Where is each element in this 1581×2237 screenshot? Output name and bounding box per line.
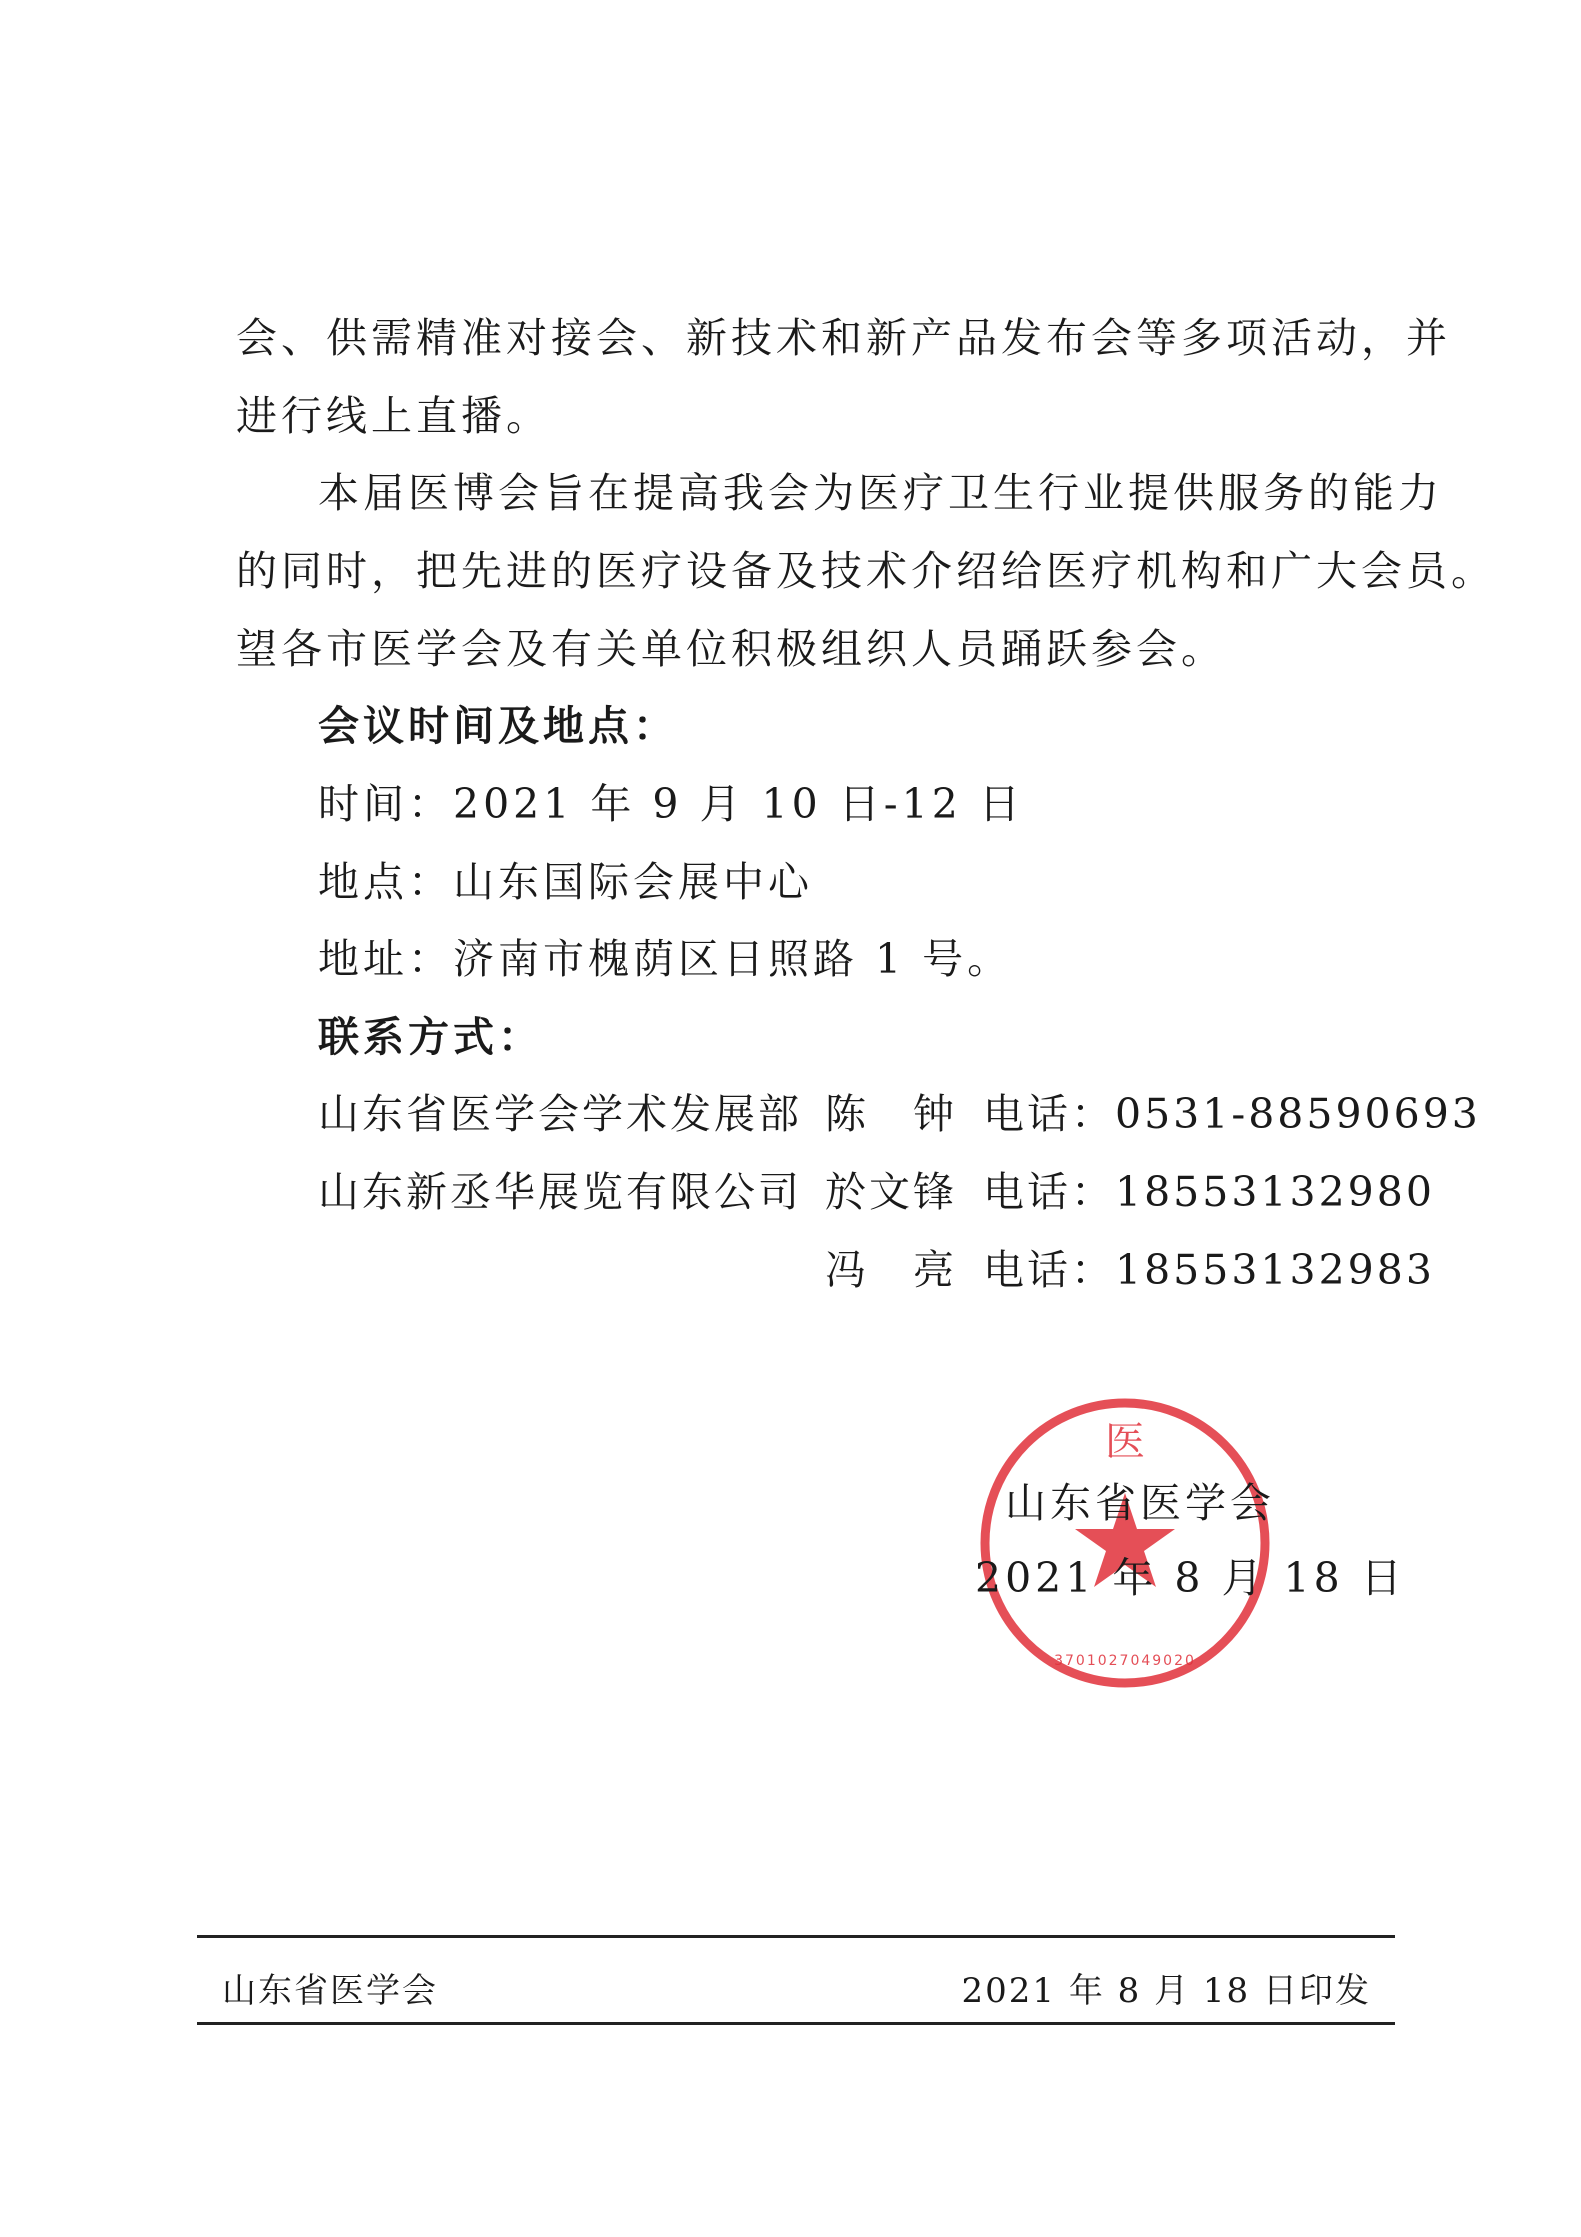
footer-print-date: 2021 年 8 月 18 日印发 bbox=[962, 1963, 1371, 2012]
contact-name: 於文锋 bbox=[825, 1159, 957, 1218]
svg-text:3701027049020: 3701027049020 bbox=[1054, 1653, 1196, 1669]
para2-line1: 本届医博会旨在提高我会为医疗卫生行业提供服务的能力 bbox=[318, 460, 1443, 519]
footer-bottom-rule bbox=[197, 2022, 1395, 2025]
para1-line1: 会、供需精准对接会、新技术和新产品发布会等多项活动，并 bbox=[236, 305, 1451, 364]
contact-name: 冯 亮 bbox=[825, 1237, 957, 1296]
meeting-time: 时间：2021 年 9 月 10 日-12 日 bbox=[318, 771, 1024, 830]
contact-heading: 联系方式： bbox=[318, 1004, 543, 1063]
signature-org: 山东省医学会 bbox=[1005, 1470, 1275, 1529]
contact-name: 陈 钟 bbox=[825, 1081, 957, 1140]
svg-text:医: 医 bbox=[1105, 1419, 1145, 1465]
footer-issuer: 山东省医学会 bbox=[222, 1963, 438, 2012]
signature-date: 2021 年 8 月 18 日 bbox=[975, 1545, 1406, 1604]
meeting-heading: 会议时间及地点： bbox=[318, 693, 678, 752]
official-seal-stamp: 医 3701027049020 bbox=[975, 1393, 1275, 1693]
contact-org: 山东省医学会学术发展部 bbox=[318, 1081, 802, 1140]
footer-top-rule bbox=[197, 1935, 1395, 1938]
contact-phone: 电话：18553132980 bbox=[983, 1159, 1435, 1218]
meeting-place: 地点：山东国际会展中心 bbox=[318, 849, 813, 908]
contact-phone: 电话：0531-88590693 bbox=[983, 1081, 1481, 1140]
contact-phone: 电话：18553132983 bbox=[983, 1237, 1435, 1296]
contact-org: 山东新丞华展览有限公司 bbox=[318, 1159, 802, 1218]
meeting-address: 地址：济南市槐荫区日照路 1 号。 bbox=[318, 926, 1012, 985]
para2-line3: 望各市医学会及有关单位积极组织人员踊跃参会。 bbox=[236, 616, 1226, 675]
para1-line2: 进行线上直播。 bbox=[236, 383, 551, 442]
para2-line2: 的同时，把先进的医疗设备及技术介绍给医疗机构和广大会员。 bbox=[236, 538, 1496, 597]
